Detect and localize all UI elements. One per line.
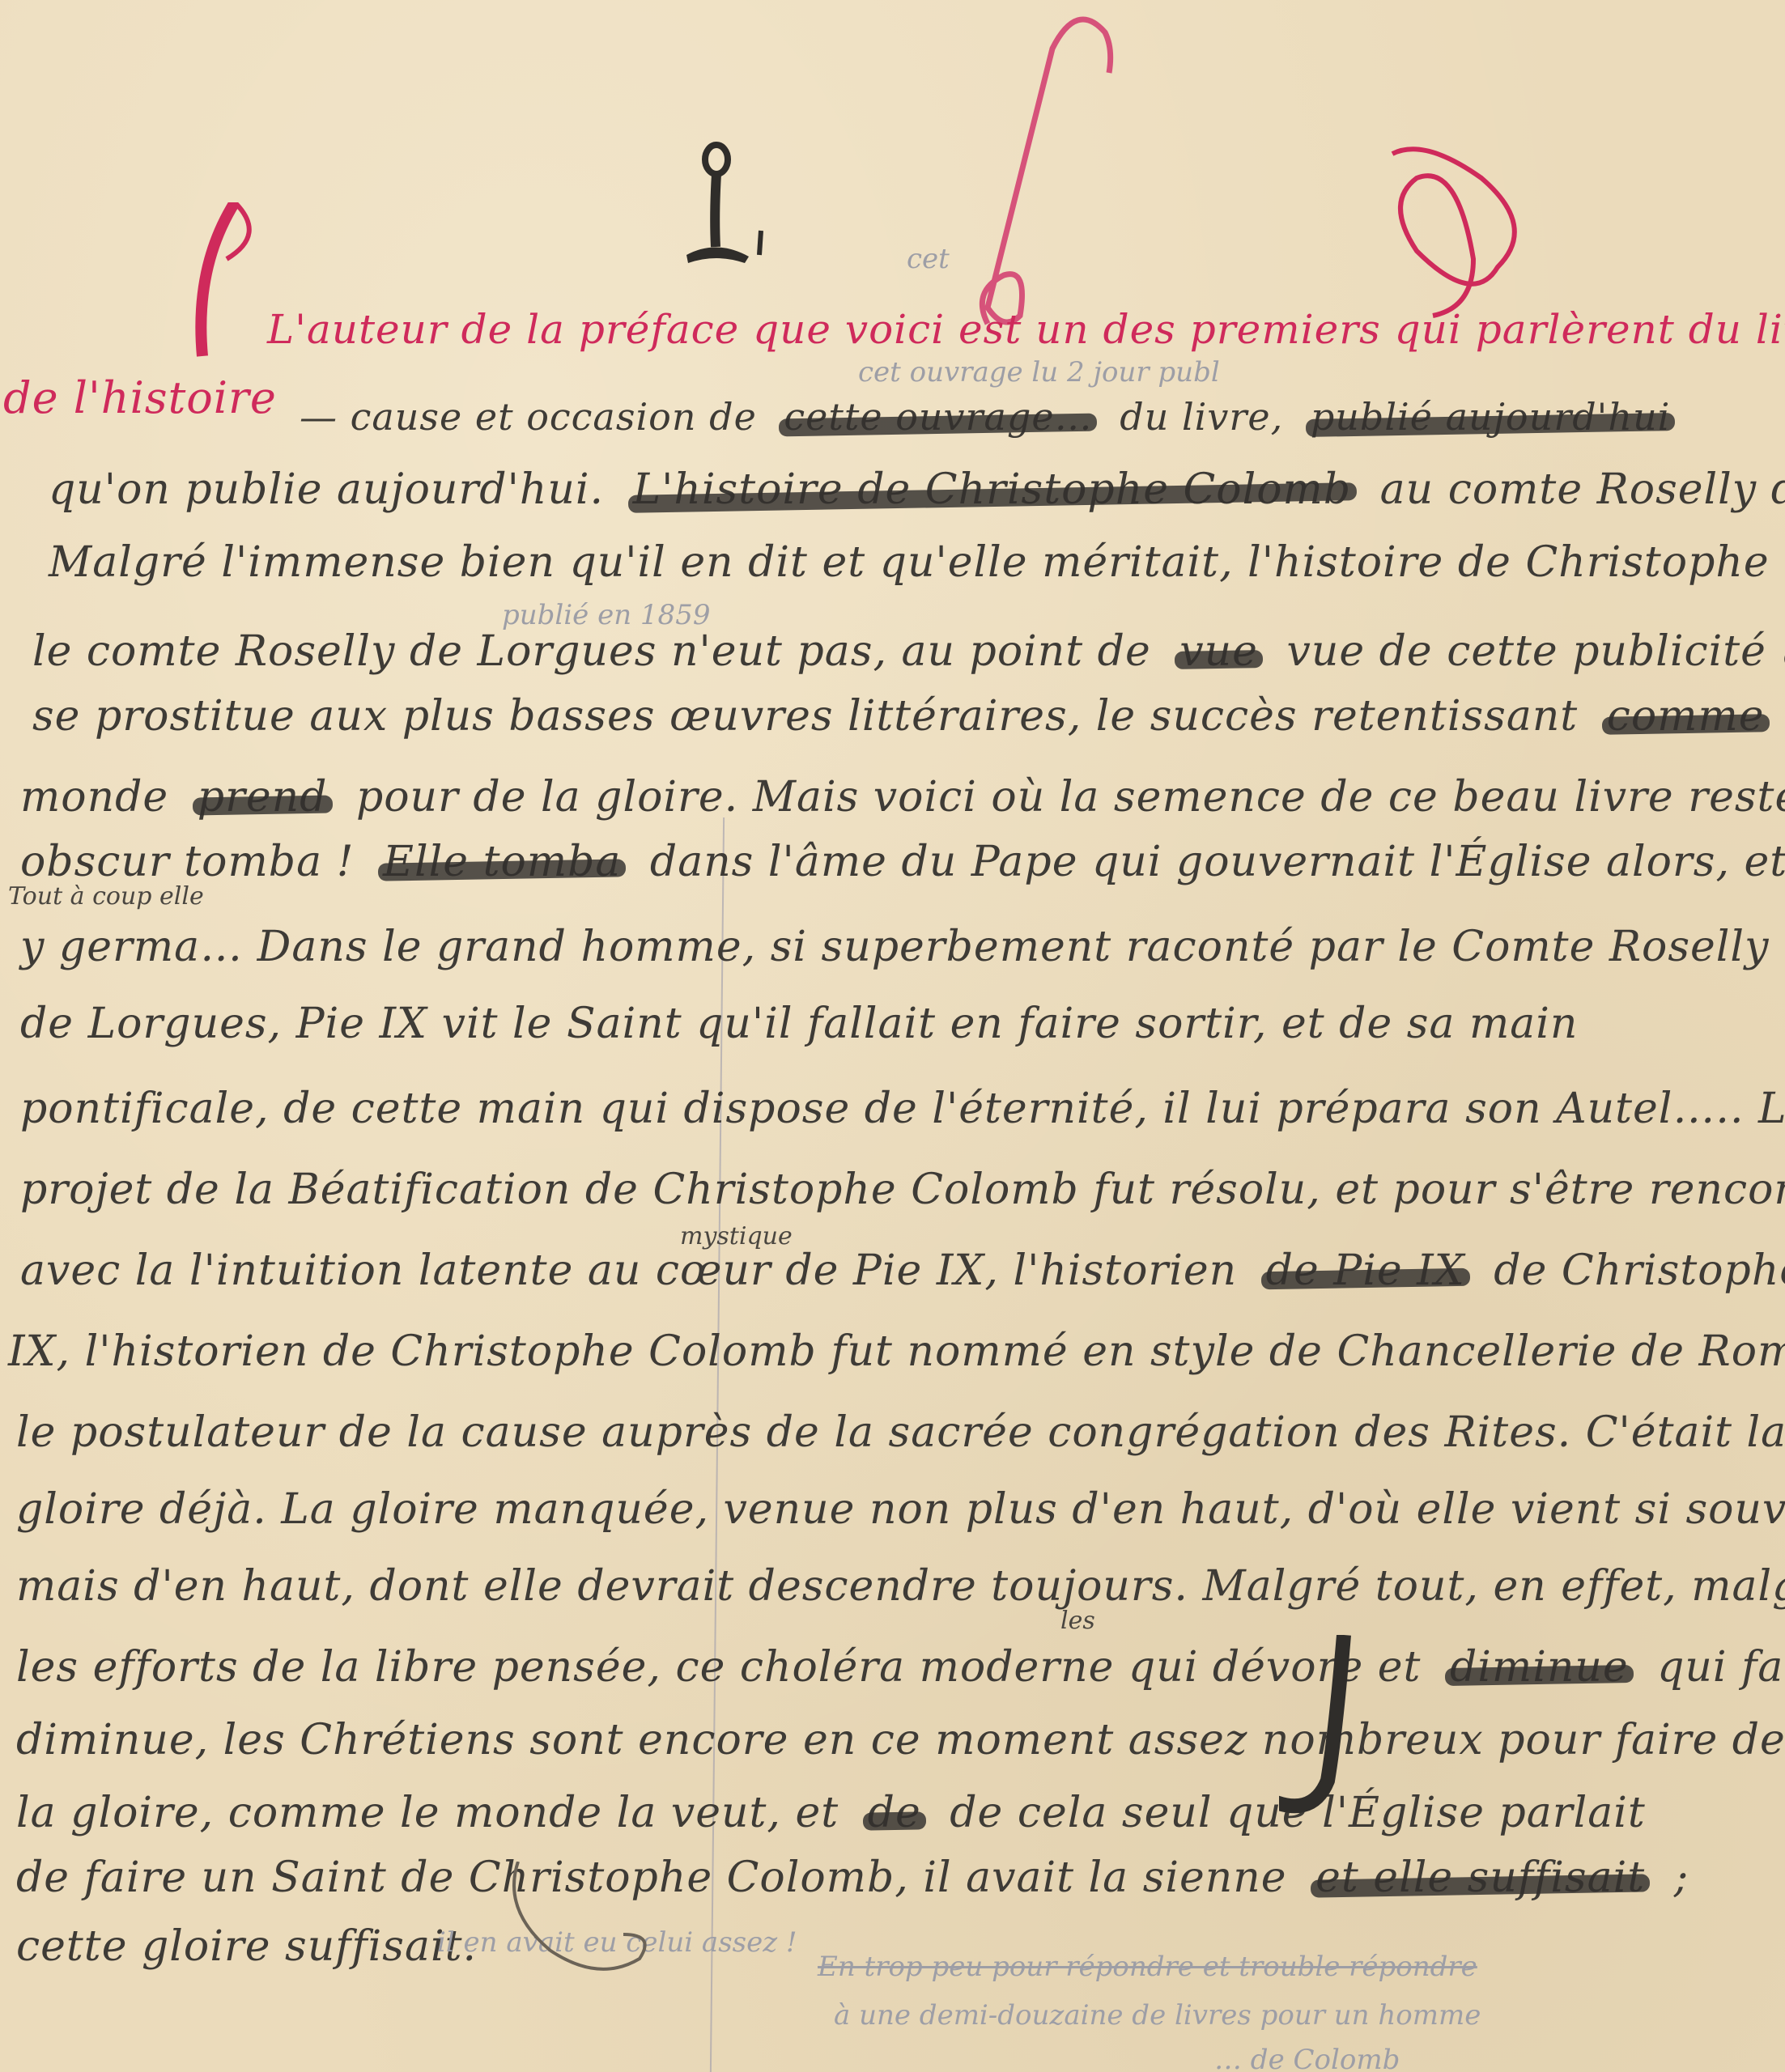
manuscript-line-8: y germa… Dans le grand homme, si superbe… (20, 923, 1783, 971)
manuscript-line-2: qu'on publie aujourd'hui. L'histoire de … (49, 465, 1785, 514)
pencil-note-top: cet (907, 243, 950, 275)
manuscript-line-1: — cause et occasion de cette ouvrage… du… (300, 395, 1685, 439)
pencil-note-bottom-4: … de Colomb (1214, 2044, 1400, 2072)
chapter-numeral-I (680, 134, 777, 271)
manuscript-line-20: de faire un Saint de Christophe Colomb, … (16, 1853, 1703, 1902)
pencil-note-bottom-2: En trop peu pour répondre et trouble rép… (818, 1951, 1477, 1983)
manuscript-line-11: projet de la Béatification de Christophe… (20, 1165, 1785, 1214)
pink-flourish-L (955, 0, 1117, 340)
ink-flourish-J (1279, 1635, 1409, 1829)
manuscript-line-18: diminue, les Chrétiens sont encore en ce… (16, 1716, 1785, 1764)
manuscript-line-9: de Lorgues, Pie IX vit le Saint qu'il fa… (20, 1000, 1592, 1048)
manuscript-line-14: le postulateur de la cause auprès de la … (16, 1408, 1785, 1457)
pink-heading-line-1: L'auteur de la préface que voici est un … (267, 306, 1785, 353)
manuscript-line-6: monde prend pour de la gloire. Mais voic… (20, 773, 1785, 822)
interlinear-les: les (1060, 1607, 1095, 1635)
manuscript-line-12: avec la l'intuition latente au cœur de P… (20, 1246, 1785, 1295)
pencil-note-line4: publié en 1859 (502, 599, 710, 631)
pink-heading-line-2: de l'histoire (3, 372, 277, 423)
manuscript-line-10: pontificale, de cette main qui dispose d… (20, 1085, 1785, 1133)
pink-flourish-R (178, 202, 275, 364)
manuscript-line-13: IX, l'historien de Christophe Colomb fut… (8, 1327, 1785, 1376)
manuscript-line-15: gloire déjà. La gloire manquée, venue no… (16, 1485, 1785, 1534)
pink-flourish-D (1336, 146, 1660, 324)
manuscript-line-4: le comte Roselly de Lorgues n'eut pas, a… (32, 627, 1785, 676)
pencil-note-line1: cet ouvrage lu 2 jour publ (858, 356, 1220, 388)
manuscript-line-19: la gloire, comme le monde la veut, et de… (16, 1789, 1660, 1837)
manuscript-line-17: les efforts de la libre pensée, ce cholé… (16, 1643, 1785, 1692)
manuscript-line-7: obscur tomba ! Elle tomba dans l'âme du … (20, 838, 1785, 886)
pencil-note-bottom-3: à une demi-douzaine de livres pour un ho… (834, 1999, 1481, 2032)
manuscript-line-16: mais d'en haut, dont elle devrait descen… (16, 1562, 1785, 1611)
manuscript-line-5: se prostitue aux plus basses œuvres litt… (32, 692, 1785, 741)
manuscript-line-3: Malgré l'immense bien qu'il en dit et qu… (49, 538, 1785, 587)
interlinear-tout-a-coup: Tout à coup elle (8, 882, 204, 911)
manuscript-line-21: cette gloire suffisait. (16, 1922, 491, 1971)
ink-flourish-colomb (486, 1862, 729, 1983)
